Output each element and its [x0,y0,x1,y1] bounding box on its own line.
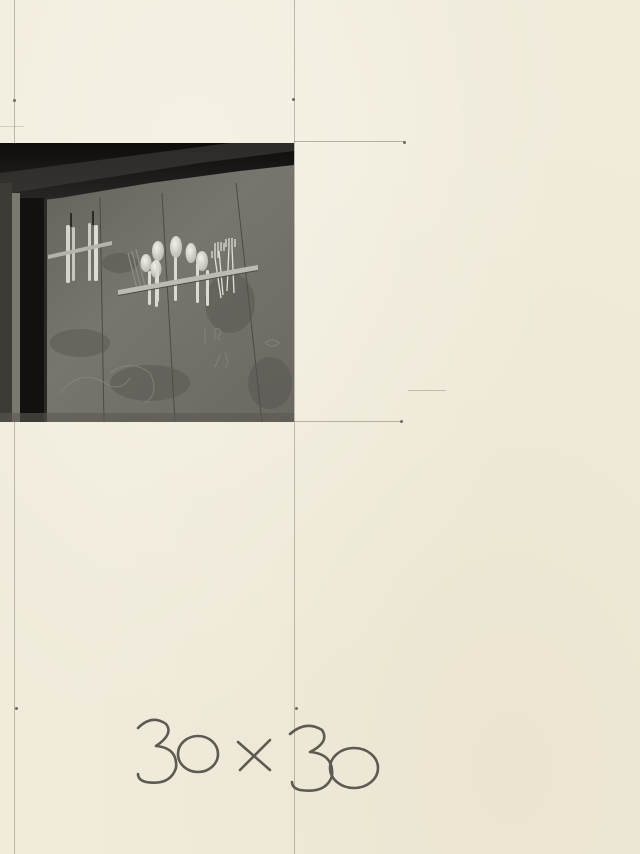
photograph [0,143,294,422]
cutlery-photo-illustration [0,143,294,422]
crop-tick [400,420,403,423]
crop-line-bottom [294,421,400,422]
guide-dash [408,390,446,391]
crop-tick [403,141,406,144]
crop-tick [295,707,298,710]
note-text: 30x30 [130,712,390,802]
edge-mark-left [0,126,24,127]
crop-tick [13,99,16,102]
handwritten-note: 30x30 [130,712,390,802]
crop-line-top [294,141,404,142]
crop-tick [15,707,18,710]
crop-line-left [14,0,15,854]
crop-tick [292,98,295,101]
